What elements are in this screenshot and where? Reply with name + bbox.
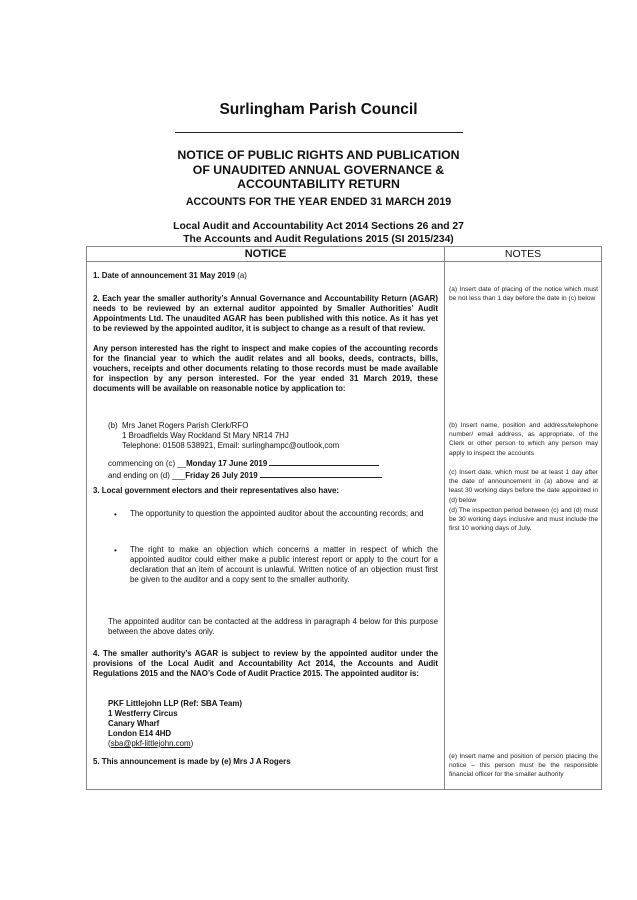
notes-column-header: NOTES [445, 247, 601, 261]
notice-title-line1: NOTICE OF PUBLIC RIGHTS AND PUBLICATION [0, 148, 637, 163]
table-column-divider [444, 247, 445, 789]
ending-label: and ending on (d) ___ [108, 471, 185, 480]
table-header-divider [87, 261, 601, 262]
section-3-bullet-objection: The right to make an objection which con… [130, 545, 438, 585]
paren-close: ) [191, 739, 194, 748]
section-2-agar-review: 2. Each year the smaller authority’s Ann… [93, 294, 438, 334]
notice-column-header: NOTICE [87, 247, 444, 261]
commencing-date: Monday 17 June 2019 [186, 459, 267, 468]
auditor-email-link[interactable]: sba@pkf-littlejohn.com [111, 739, 191, 748]
ending-date: Friday 26 July 2019 [185, 471, 257, 480]
inspection-period: commencing on (c) __Monday 17 June 2019 … [108, 457, 438, 481]
title-rule [175, 132, 463, 133]
notice-title: NOTICE OF PUBLIC RIGHTS AND PUBLICATION … [0, 148, 637, 192]
auditor-address-block: PKF Littlejohn LLP (Ref: SBA Team) 1 Wes… [108, 699, 438, 749]
note-c: (c) Insert date, which must be at least … [449, 468, 598, 505]
notice-table: NOTICE NOTES 1. Date of announcement 31 … [86, 246, 602, 790]
commencing-label: commencing on (c) __ [108, 459, 186, 468]
legal-references: Local Audit and Accountability Act 2014 … [0, 221, 637, 246]
contact-name: Mrs Janet Rogers Parish Clerk/RFO [122, 421, 248, 430]
auditor-name: PKF Littlejohn LLP (Ref: SBA Team) [108, 699, 438, 709]
legal-line-act: Local Audit and Accountability Act 2014 … [0, 221, 637, 234]
accounts-subtitle: ACCOUNTS FOR THE YEAR ENDED 31 MARCH 201… [0, 196, 637, 208]
section-1-date-of-announcement: 1. Date of announcement 31 May 2019 (a) [93, 271, 438, 281]
auditor-address-line3: London E14 4HD [108, 729, 438, 739]
section-1-label: 1. Date of announcement 31 May 2019 [93, 271, 235, 280]
note-e: (e) Insert name and position of person p… [449, 752, 598, 780]
auditor-address-line1: 1 Westferry Circus [108, 709, 438, 719]
note-a: (a) Insert date of placing of the notice… [449, 285, 598, 303]
contact-phone-email: Telephone: 01508 538921, Email: surlingh… [108, 441, 438, 451]
note-d: (d) The inspection period between (c) an… [449, 506, 598, 534]
ending-blank-line [260, 469, 382, 478]
section-3-auditor-contact-note: The appointed auditor can be contacted a… [108, 617, 438, 637]
section-2-inspection-rights: Any person interested has the right to i… [93, 344, 438, 394]
council-name: Surlingham Parish Council [0, 101, 637, 119]
section-3-label: 3. Local government electors and their r… [93, 486, 438, 496]
contact-name-line: (b) Mrs Janet Rogers Parish Clerk/RFO [108, 421, 438, 431]
bullet-icon: • [114, 510, 117, 519]
notice-title-line3: ACCOUNTABILITY RETURN [0, 177, 637, 192]
auditor-email-line: (sba@pkf-littlejohn.com) [108, 739, 438, 749]
bullet-icon: • [114, 546, 117, 555]
ending-line: and ending on (d) ___Friday 26 July 2019 [108, 469, 438, 481]
legal-line-regulations: The Accounts and Audit Regulations 2015 … [0, 234, 637, 247]
commencing-blank-line [269, 457, 379, 466]
notice-title-line2: OF UNAUDITED ANNUAL GOVERNANCE & [0, 163, 637, 178]
section-3-bullet-question: The opportunity to question the appointe… [130, 509, 438, 519]
section-1-ref: (a) [235, 271, 247, 280]
contact-address: 1 Broadfields Way Rockland St Mary NR14 … [108, 431, 438, 441]
section-5-announcement-by: 5. This announcement is made by (e) Mrs … [93, 757, 438, 767]
contact-block: (b) Mrs Janet Rogers Parish Clerk/RFO 1 … [108, 421, 438, 451]
section-4-agar-review-provisions: 4. The smaller authority’s AGAR is subje… [93, 649, 438, 679]
commencing-line: commencing on (c) __Monday 17 June 2019 [108, 457, 438, 469]
auditor-address-line2: Canary Wharf [108, 719, 438, 729]
contact-ref: (b) [108, 421, 118, 430]
note-b: (b) Insert name, position and address/te… [449, 421, 598, 458]
